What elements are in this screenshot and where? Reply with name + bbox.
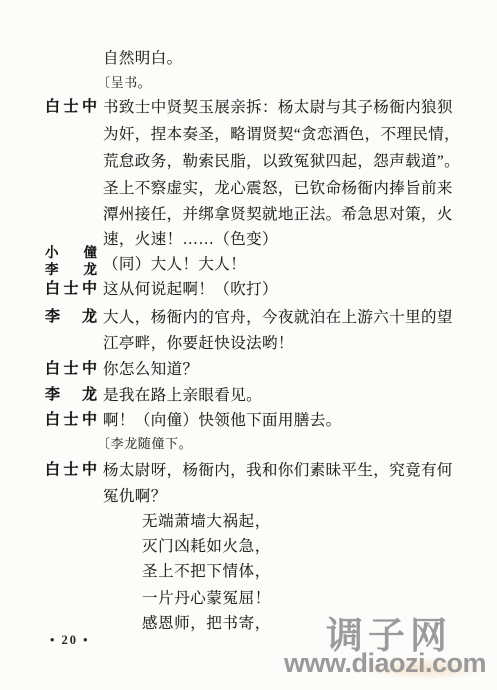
speaker-name: 白士中	[45, 277, 97, 298]
watermark-site-url: www.diaozi.com	[284, 648, 486, 679]
script-line: 李龙 大人，杨衙内的官舟，今夜就泊在上游六十里的望	[0, 305, 497, 327]
speaker-name: 李龙	[45, 305, 97, 326]
scanned-script-page: 自然明白。 〔呈书。 白士中 书致士中贤契玉展亲拆：杨太尉与其子杨衙内狼狈 为奸…	[0, 0, 497, 690]
dialogue-text: 杨太尉呀，杨衙内，我和你们素昧平生，究竟有何	[103, 458, 491, 480]
dialogue-text: 书致士中贤契玉展亲拆：杨太尉与其子杨衙内狼狈	[103, 95, 491, 117]
dialogue-text: 这从何说起啊！（吹打）	[103, 277, 491, 299]
speaker-name: 白士中	[45, 357, 97, 378]
stage-direction: 〔李龙随僮下。	[97, 433, 192, 452]
dialogue-continuation: 圣上不察虚实，龙心震怒，已钦命杨衙内捧旨前来	[103, 176, 453, 198]
dialogue-continuation: 自然明白。	[103, 46, 183, 68]
dialogue-text: （同）大人！大人！	[103, 252, 491, 274]
dialogue-continuation: 荒怠政务，勒索民脂，以致冤狱四起，怨声载道”。	[103, 149, 460, 171]
speaker-name: 李龙	[45, 383, 97, 404]
stage-direction: 〔呈书。	[97, 72, 151, 91]
speaker-name: 白士中	[45, 408, 97, 429]
verse-line: 感恩师，把书寄，	[142, 611, 271, 633]
dialogue-text: 你怎么知道？	[103, 357, 491, 379]
dialogue-text: 啊！（向僮）快领他下面用膳去。	[103, 408, 491, 430]
verse-line: 灭门凶耗如火急，	[142, 534, 271, 556]
script-line-dual-speaker: 小僮 李龙 （同）大人！大人！	[0, 245, 497, 281]
dialogue-continuation: 为奸，捏本奏圣，略谓贤契“贪恋酒色，不理民情，	[103, 122, 460, 144]
dialogue-text: 大人，杨衙内的官舟，今夜就泊在上游六十里的望	[103, 305, 491, 327]
script-line: 白士中 这从何说起啊！（吹打）	[0, 277, 497, 299]
speaker-name: 李龙	[45, 262, 97, 278]
script-line: 李龙 是我在路上亲眼看见。	[0, 383, 497, 405]
verse-line: 无端萧墙大祸起，	[142, 509, 271, 531]
script-line: 白士中 啊！（向僮）快领他下面用膳去。	[0, 408, 497, 430]
script-line: 白士中 你怎么知道？	[0, 357, 497, 379]
page-number: • 20 •	[50, 633, 90, 648]
dialogue-continuation: 潭州接任，并绑拿贤契就地正法。希急思对策，火	[103, 202, 453, 224]
verse-line: 一片丹心蒙冤屈！	[142, 586, 271, 608]
dialogue-continuation: 冤仇啊？	[103, 484, 167, 506]
script-line: 白士中 书致士中贤契玉展亲拆：杨太尉与其子杨衙内狼狈	[0, 95, 497, 117]
dialogue-text: 是我在路上亲眼看见。	[103, 383, 491, 405]
speaker-name: 白士中	[45, 458, 97, 479]
speaker-name: 白士中	[45, 95, 97, 116]
dialogue-continuation: 江亭畔，你要赶快设法哟！	[103, 331, 294, 353]
script-line: 白士中 杨太尉呀，杨衙内，我和你们素昧平生，究竟有何	[0, 458, 497, 480]
speaker-name: 小僮	[45, 245, 97, 261]
verse-line: 圣上不把下情体，	[142, 559, 271, 581]
